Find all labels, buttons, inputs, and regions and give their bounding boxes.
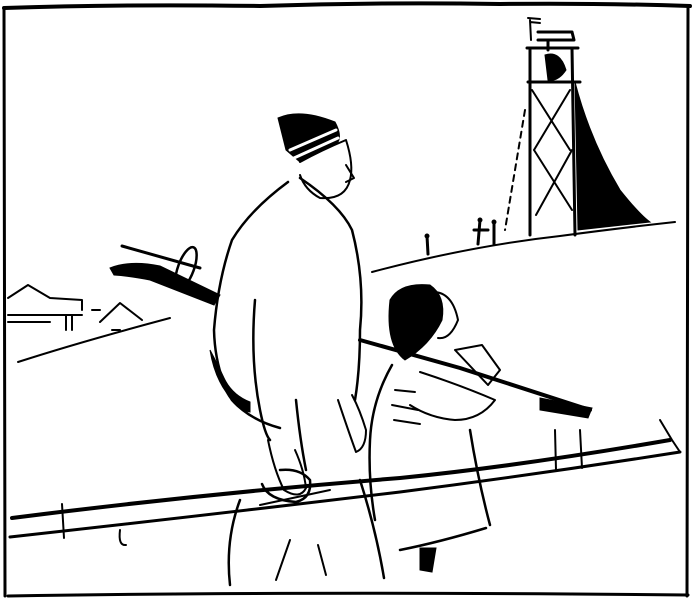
ski-poles-shoulder (110, 245, 592, 418)
distant-skiers (425, 218, 496, 254)
man-figure (210, 114, 384, 585)
houses (8, 285, 142, 330)
child-figure (370, 285, 500, 572)
ski-illustration (0, 0, 692, 600)
slope-lines (18, 222, 675, 362)
long-skis (10, 420, 680, 545)
ski-jump-tower (505, 18, 650, 235)
